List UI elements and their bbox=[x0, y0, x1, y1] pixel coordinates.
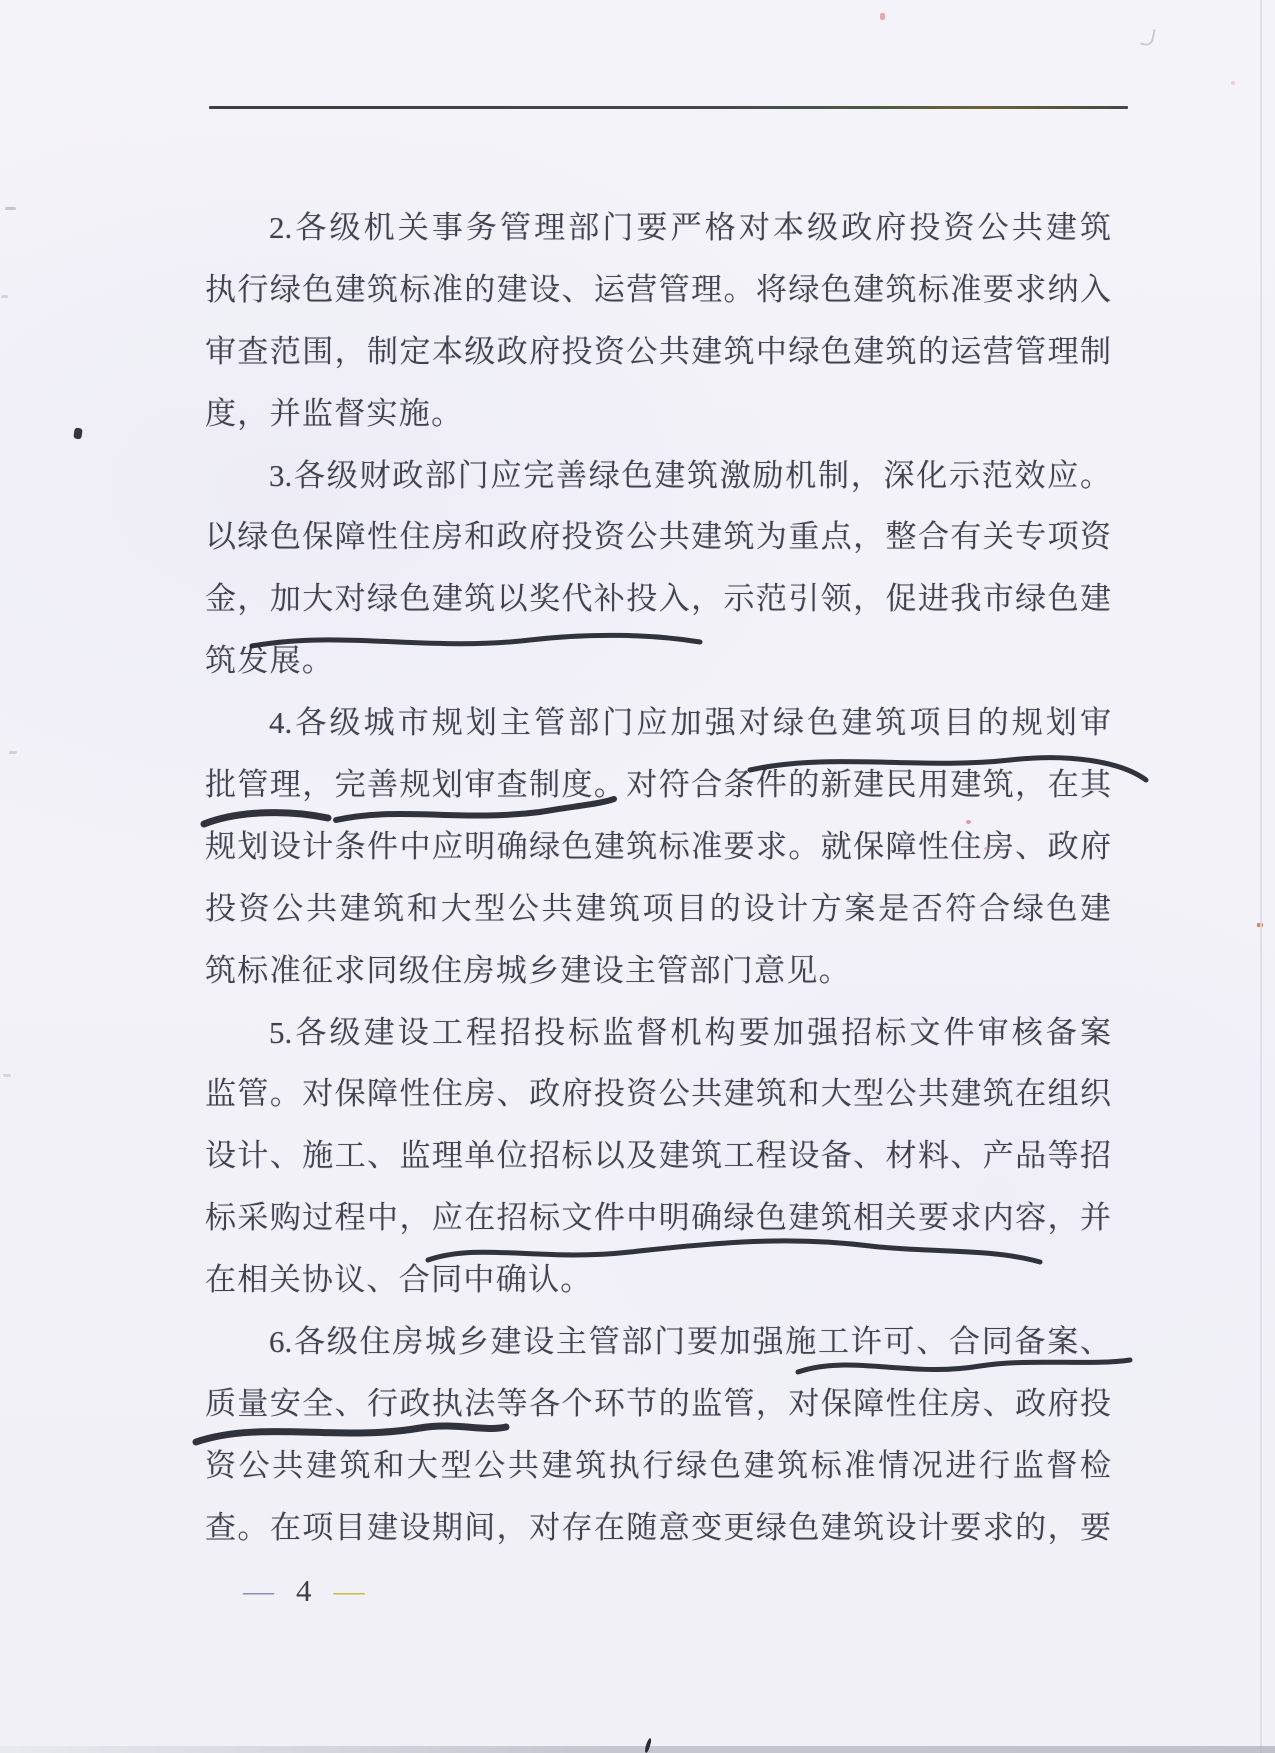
red-pen-speck bbox=[984, 847, 990, 850]
footer-dash-left: — bbox=[243, 1573, 274, 1608]
body-line: 筑发展。 bbox=[205, 630, 1111, 692]
scanned-document-page: 2.各级机关事务管理部门要严格对本级政府投资公共建筑执行绿色建筑标准的建设、运营… bbox=[0, 0, 1275, 1753]
ink-speck bbox=[73, 427, 82, 439]
scan-edge-mark bbox=[3, 1074, 11, 1077]
body-line: 执行绿色建筑标准的建设、运营管理。将绿色建筑标准要求纳入 bbox=[205, 259, 1111, 321]
body-line: 资公共建筑和大型公共建筑执行绿色建筑标准情况进行监督检 bbox=[205, 1435, 1111, 1497]
body-line: 以绿色保障性住房和政府投资公共建筑为重点，整合有关专项资 bbox=[205, 506, 1111, 568]
body-line: 2.各级机关事务管理部门要严格对本级政府投资公共建筑 bbox=[205, 197, 1111, 259]
scan-edge-mark bbox=[1, 295, 8, 298]
body-line: 金，加大对绿色建筑以奖代补投入，示范引领，促进我市绿色建 bbox=[205, 568, 1111, 630]
body-line: 质量安全、行政执法等各个环节的监管，对保障性住房、政府投 bbox=[205, 1373, 1111, 1435]
body-line: 5.各级建设工程招投标监督机构要加强招标文件审核备案 bbox=[205, 1002, 1111, 1064]
body-line: 批管理，完善规划审查制度。对符合条件的新建民用建筑，在其 bbox=[205, 754, 1111, 816]
scan-edge-mark bbox=[5, 207, 16, 210]
body-line: 筑标准征求同级住房城乡建设主管部门意见。 bbox=[205, 940, 1111, 1002]
header-separator-rule bbox=[209, 106, 1128, 109]
page-number-footer: —4— bbox=[243, 1570, 365, 1612]
body-line: 6.各级住房城乡建设主管部门要加强施工许可、合同备案、 bbox=[205, 1311, 1111, 1373]
scan-right-edge-line bbox=[1260, 0, 1262, 1753]
body-line: 4.各级城市规划主管部门应加强对绿色建筑项目的规划审 bbox=[205, 692, 1111, 754]
footer-dash-right: — bbox=[334, 1573, 365, 1608]
pink-speck bbox=[1231, 81, 1235, 85]
body-line: 标采购过程中，应在招标文件中明确绿色建筑相关要求内容，并 bbox=[205, 1187, 1111, 1249]
body-line: 3.各级财政部门应完善绿色建筑激励机制，深化示范效应。 bbox=[205, 445, 1111, 507]
scan-squiggle-mark bbox=[1140, 27, 1155, 47]
body-line: 监管。对保障性住房、政府投资公共建筑和大型公共建筑在组织 bbox=[205, 1063, 1111, 1125]
body-line: 审查范围，制定本级政府投资公共建筑中绿色建筑的运营管理制 bbox=[205, 321, 1111, 383]
body-line: 设计、施工、监理单位招标以及建筑工程设备、材料、产品等招 bbox=[205, 1125, 1111, 1187]
page-number: 4 bbox=[296, 1573, 312, 1608]
body-line: 在相关协议、合同中确认。 bbox=[205, 1249, 1111, 1311]
document-body: 2.各级机关事务管理部门要严格对本级政府投资公共建筑执行绿色建筑标准的建设、运营… bbox=[205, 197, 1111, 1559]
red-pen-speck bbox=[880, 13, 885, 20]
body-line: 度，并监督实施。 bbox=[205, 383, 1111, 445]
body-line: 查。在项目建设期间，对存在随意变更绿色建筑设计要求的，要 bbox=[205, 1497, 1111, 1559]
scan-edge-mark bbox=[9, 751, 17, 754]
body-line: 规划设计条件中应明确绿色建筑标准要求。就保障性住房、政府 bbox=[205, 816, 1111, 878]
body-line: 投资公共建筑和大型公共建筑项目的设计方案是否符合绿色建 bbox=[205, 878, 1111, 940]
scan-bottom-edge-shadow bbox=[0, 1746, 1275, 1753]
red-pen-speck bbox=[966, 820, 971, 824]
